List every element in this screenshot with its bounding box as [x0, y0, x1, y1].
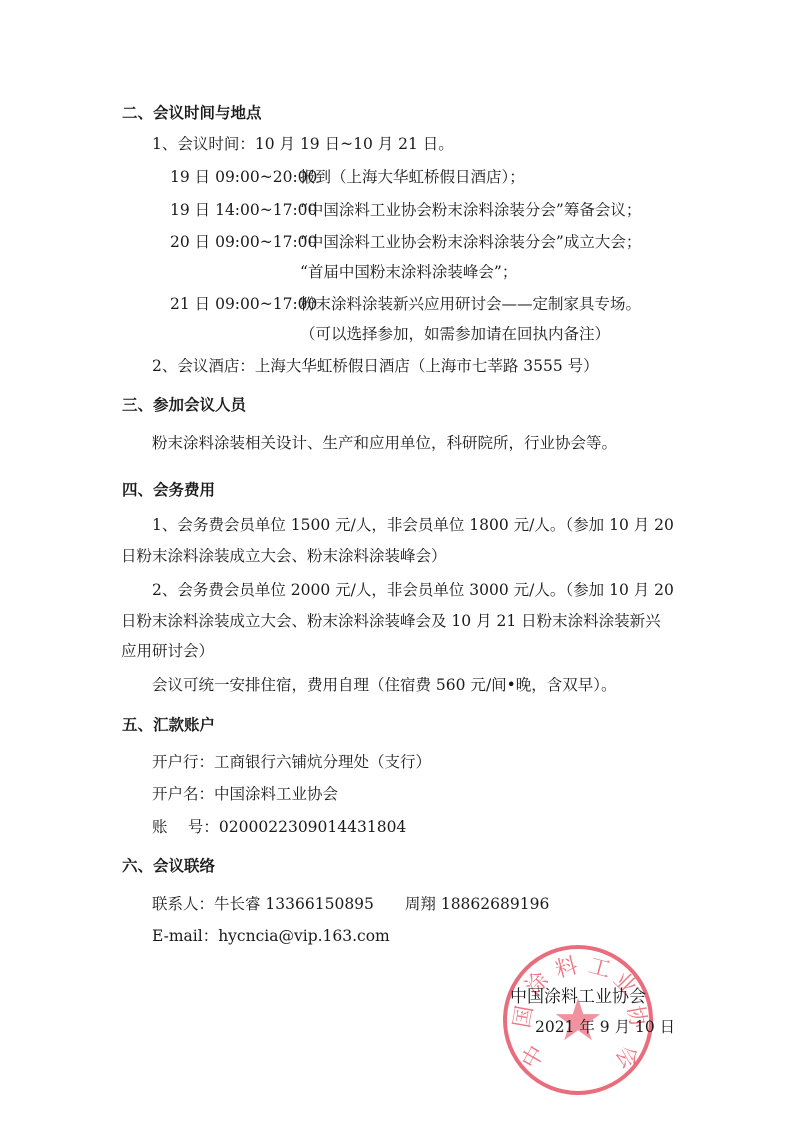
fee-option-2-cont: 日粉末涂料涂装成立大会、粉末涂料涂装峰会及 10 月 21 日粉末涂料涂装新兴 [121, 611, 661, 631]
fee-option-2-cont: 应用研讨会） [121, 641, 214, 661]
attendees-body: 粉末涂料涂装相关设计、生产和应用单位，科研院所，行业协会等。 [152, 433, 617, 453]
section-heading-fees: 四、会务费用 [122, 480, 215, 500]
schedule-event: 报到（上海大华虹桥假日酒店）； [300, 167, 525, 187]
seal-char: 工 [585, 949, 614, 985]
account-name: 开户名：中国涂料工业协会 [152, 784, 338, 804]
bank-branch: 开户行：工商银行六铺炕分理处（支行） [152, 752, 431, 772]
schedule-time: 19 日 09:00~20:00 [170, 167, 317, 187]
section-heading-bank: 五、汇款账户 [122, 715, 215, 735]
schedule-time: 20 日 09:00~17:00 [170, 232, 317, 252]
seal-char: 中 [513, 1039, 551, 1074]
account-number: 账 号：0200022309014431804 [152, 817, 406, 837]
schedule-time: 21 日 09:00~17:00 [170, 294, 317, 314]
schedule-event: “首届中国粉末涂料涂装峰会”； [300, 262, 517, 282]
fee-option-2: 2、会务费会员单位 2000 元/人，非会员单位 3000 元/人。（参加 10… [152, 580, 674, 600]
schedule-time: 19 日 14:00~17:00 [170, 200, 317, 220]
schedule-event: “中国涂料工业协会粉末涂料涂装分会”筹备会议； [300, 200, 641, 220]
signature-org: 中国涂料工业协会 [510, 987, 646, 1007]
meeting-time: 1、会议时间：10 月 19 日~10 月 21 日。 [152, 134, 454, 154]
fee-option-1-cont: 日粉末涂料涂装成立大会、粉末涂料涂装峰会） [121, 546, 447, 566]
section-heading-time-place: 二、会议时间与地点 [122, 103, 262, 123]
fee-option-1: 1、会务费会员单位 1500 元/人，非会员单位 1800 元/人。（参加 10… [152, 515, 674, 535]
schedule-event: “中国涂料工业协会粉末涂料涂装分会”成立大会； [300, 232, 641, 252]
lodging-note: 会议可统一安排住宿，费用自理（住宿费 560 元/间•晚，含双早）。 [152, 675, 617, 695]
contact-email[interactable]: E-mail：hycncia@vip.163.com [152, 926, 390, 946]
signature-date: 2021 年 9 月 10 日 [535, 1017, 675, 1037]
meeting-hotel: 2、会议酒店：上海大华虹桥假日酒店（上海市七莘路 3555 号） [152, 356, 599, 376]
schedule-note: （可以选择参加，如需参加请在回执内备注） [300, 324, 610, 344]
seal-char: 料 [551, 949, 580, 985]
contact-persons: 联系人：牛长睿 13366150895 周翔 18862689196 [152, 894, 549, 914]
seal-char: 会 [609, 1039, 647, 1074]
section-heading-attendees: 三、参加会议人员 [122, 395, 246, 415]
section-heading-contact: 六、会议联络 [122, 856, 215, 876]
schedule-event: 粉末涂料涂装新兴应用研讨会——定制家具专场。 [300, 294, 641, 314]
